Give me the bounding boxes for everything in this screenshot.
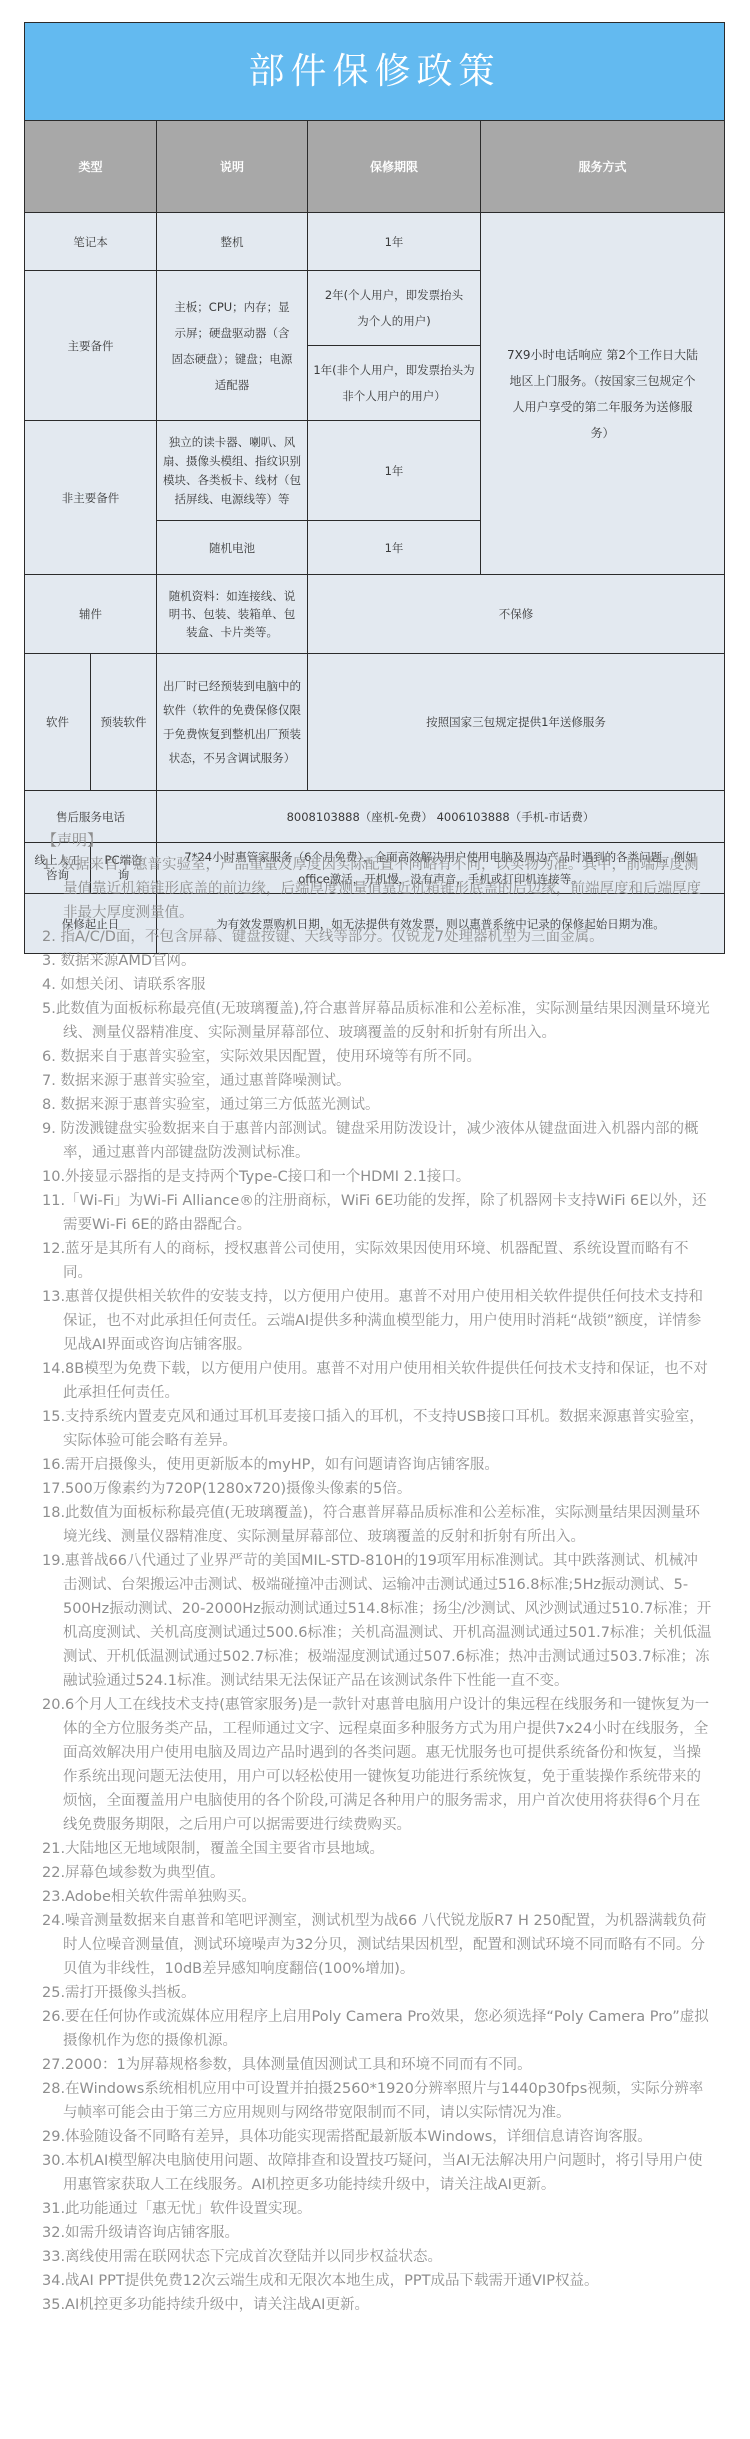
disclaimer-section: 【声明】 1. 数据来自于惠普实验室，产品重量及厚度因实际配置不同略有不同，以实… xyxy=(42,828,712,2317)
cell-type: 辅件 xyxy=(25,575,157,654)
cell-type: 主要备件 xyxy=(25,271,157,421)
disclaimer-list: 1. 数据来自于惠普实验室，产品重量及厚度因实际配置不同略有不同，以实物为准。其… xyxy=(42,853,712,2317)
disclaimer-item: 2. 指A/C/D面，不包含屏幕、键盘按键、天线等部分。仅锐龙7处理器机型为三面… xyxy=(42,925,712,949)
cell-description: 随机资料：如连接线、说明书、包装、装箱单、包装盒、卡片类等。 xyxy=(157,575,308,654)
disclaimer-item: 33.离线使用需在联网状态下完成首次登陆并以同步权益状态。 xyxy=(42,2245,712,2269)
disclaimer-item: 29.体验随设备不同略有差异，具体功能实现需搭配最新版本Windows，详细信息… xyxy=(42,2125,712,2149)
disclaimer-item: 5.此数值为面板标称最亮值(无玻璃覆盖),符合惠普屏幕品质标准和公差标准，实际测… xyxy=(42,997,712,1045)
disclaimer-item: 12.蓝牙是其所有人的商标，授权惠普公司使用，实际效果因使用环境、机器配置、系统… xyxy=(42,1237,712,1285)
disclaimer-item: 32.如需升级请咨询店铺客服。 xyxy=(42,2221,712,2245)
disclaimer-item: 14.8B模型为免费下载，以方便用户使用。惠普不对用户使用相关软件提供任何技术支… xyxy=(42,1357,712,1405)
disclaimer-title: 【声明】 xyxy=(42,828,712,852)
disclaimer-item: 31.此功能通过「惠无忧」软件设置实现。 xyxy=(42,2197,712,2221)
cell-period-non-personal: 1年(非个人用户，即发票抬头为非个人用户的用户） xyxy=(308,346,481,421)
cell-service: 不保修 xyxy=(308,575,725,654)
disclaimer-item: 25.需打开摄像头挡板。 xyxy=(42,1981,712,2005)
cell-description: 独立的读卡器、喇叭、风扇、摄像头模组、指纹识别模块、各类板卡、线材（包括屏线、电… xyxy=(157,421,308,521)
cell-type: 笔记本 xyxy=(25,213,157,271)
disclaimer-item: 22.屏幕色域参数为典型值。 xyxy=(42,1861,712,1885)
disclaimer-item: 21.大陆地区无地域限制，覆盖全国主要省市县地域。 xyxy=(42,1837,712,1861)
disclaimer-item: 11.「Wi-Fi」为Wi-Fi Alliance®的注册商标，WiFi 6E功… xyxy=(42,1189,712,1237)
disclaimer-item: 17.500万像素约为720P(1280x720)摄像头像素的5倍。 xyxy=(42,1477,712,1501)
cell-service: 按照国家三包规定提供1年送修服务 xyxy=(308,654,725,791)
cell-service-method: 7X9小时电话响应 第2个工作日大陆地区上门服务。（按国家三包规定个人用户享受的… xyxy=(481,213,725,575)
disclaimer-item: 26.要在任何协作或流媒体应用程序上启用Poly Camera Pro效果，您必… xyxy=(42,2005,712,2053)
table-row-accessories: 辅件 随机资料：如连接线、说明书、包装、装箱单、包装盒、卡片类等。 不保修 xyxy=(25,575,725,654)
header-row: 类型 说明 保修期限 服务方式 xyxy=(25,121,725,213)
cell-description: 主板；CPU；内存；显示屏；硬盘驱动器（含固态硬盘）；键盘；电源适配器 xyxy=(157,271,308,421)
cell-period: 1年 xyxy=(308,213,481,271)
disclaimer-item: 35.AI机控更多功能持续升级中，请关注战AI更新。 xyxy=(42,2293,712,2317)
table-row-notebook: 笔记本 整机 1年 7X9小时电话响应 第2个工作日大陆地区上门服务。（按国家三… xyxy=(25,213,725,271)
table-title: 部件保修政策 xyxy=(25,23,725,121)
cell-description: 整机 xyxy=(157,213,308,271)
disclaimer-item: 6. 数据来自于惠普实验室，实际效果因配置，使用环境等有所不同。 xyxy=(42,1045,712,1069)
cell-description: 随机电池 xyxy=(157,521,308,575)
cell-type: 非主要备件 xyxy=(25,421,157,575)
header-type: 类型 xyxy=(25,121,157,213)
cell-description: 出厂时已经预装到电脑中的软件（软件的免费保修仅限于免费恢复到整机出厂预装状态，不… xyxy=(157,654,308,791)
disclaimer-item: 24.噪音测量数据来自惠普和笔吧评测室，测试机型为战66 八代锐龙版R7 H 2… xyxy=(42,1909,712,1981)
disclaimer-item: 8. 数据来源于惠普实验室，通过第三方低蓝光测试。 xyxy=(42,1093,712,1117)
cell-period-personal: 2年(个人用户，即发票抬头为个人的用户) xyxy=(308,271,481,346)
warranty-policy-table: 部件保修政策 类型 说明 保修期限 服务方式 笔记本 整机 1年 7X9小时电话… xyxy=(24,22,725,954)
disclaimer-item: 3. 数据来源AMD官网。 xyxy=(42,949,712,973)
table-row-software: 软件 预装软件 出厂时已经预装到电脑中的软件（软件的免费保修仅限于免费恢复到整机… xyxy=(25,654,725,791)
disclaimer-item: 34.战AI PPT提供免费12次云端生成和无限次本地生成，PPT成品下载需开通… xyxy=(42,2269,712,2293)
cell-subtype: 预装软件 xyxy=(91,654,157,791)
disclaimer-item: 16.需开启摄像头，使用更新版本的myHP，如有问题请咨询店铺客服。 xyxy=(42,1453,712,1477)
title-row: 部件保修政策 xyxy=(25,23,725,121)
disclaimer-item: 19.惠普战66八代通过了业界严苛的美国MIL-STD-810H的19项军用标准… xyxy=(42,1549,712,1693)
disclaimer-item: 10.外接显示器指的是支持两个Type-C接口和一个HDMI 2.1接口。 xyxy=(42,1165,712,1189)
disclaimer-item: 23.Adobe相关软件需单独购买。 xyxy=(42,1885,712,1909)
disclaimer-item: 18.此数值为面板标称最亮值(无玻璃覆盖)，符合惠普屏幕品质标准和公差标准，实际… xyxy=(42,1501,712,1549)
header-description: 说明 xyxy=(157,121,308,213)
disclaimer-item: 7. 数据来源于惠普实验室，通过惠普降噪测试。 xyxy=(42,1069,712,1093)
disclaimer-item: 20.6个月人工在线技术支持(惠管家服务)是一款针对惠普电脑用户设计的集远程在线… xyxy=(42,1693,712,1837)
cell-period: 1年 xyxy=(308,421,481,521)
cell-period: 1年 xyxy=(308,521,481,575)
cell-type: 软件 xyxy=(25,654,91,791)
header-service-method: 服务方式 xyxy=(481,121,725,213)
disclaimer-item: 27.2000：1为屏幕规格参数，具体测量值因测试工具和环境不同而有不同。 xyxy=(42,2053,712,2077)
disclaimer-item: 13.惠普仅提供相关软件的安装支持，以方便用户使用。惠普不对用户使用相关软件提供… xyxy=(42,1285,712,1357)
header-warranty-period: 保修期限 xyxy=(308,121,481,213)
disclaimer-item: 30.本机AI模型解决电脑使用问题、故障排查和设置技巧疑问，当AI无法解决用户问… xyxy=(42,2149,712,2197)
disclaimer-item: 1. 数据来自于惠普实验室，产品重量及厚度因实际配置不同略有不同，以实物为准。其… xyxy=(42,853,712,925)
disclaimer-item: 4. 如想关闭、请联系客服 xyxy=(42,973,712,997)
disclaimer-item: 28.在Windows系统相机应用中可设置并拍摄2560*1920分辨率照片与1… xyxy=(42,2077,712,2125)
disclaimer-item: 15.支持系统内置麦克风和通过耳机耳麦接口插入的耳机，不支持USB接口耳机。数据… xyxy=(42,1405,712,1453)
disclaimer-item: 9. 防泼溅键盘实验数据来自于惠普内部测试。键盘采用防泼设计，减少液体从键盘面进… xyxy=(42,1117,712,1165)
